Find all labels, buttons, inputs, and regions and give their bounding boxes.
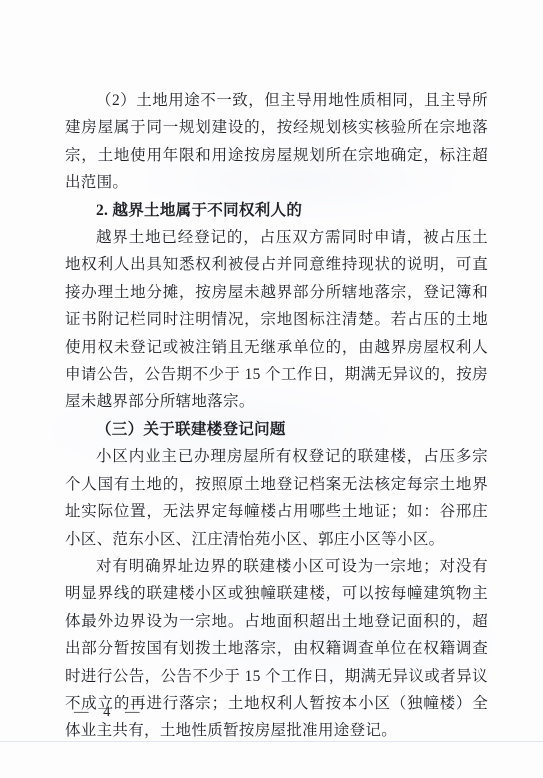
- section-heading-overboundary-land: 2. 越界土地属于不同权利人的: [65, 197, 488, 224]
- body-paragraph: （2）土地用途不一致，但主导用地性质相同，且主导所建房屋属于同一规划建设的，按经…: [65, 87, 488, 197]
- section-heading-joint-building-registration: （三）关于联建楼登记问题: [65, 416, 488, 443]
- body-paragraph: 越界土地已经登记的，占压双方需同时申请，被占压土地权利人出具知悉权利被侵占并同意…: [65, 224, 488, 416]
- document-body: （2）土地用途不一致，但主导用地性质相同，且主导所建房屋属于同一规划建设的，按经…: [65, 87, 488, 745]
- scan-bleedthrough-line: [0, 741, 543, 742]
- document-page: （2）土地用途不一致，但主导用地性质相同，且主导所建房屋属于同一规划建设的，按经…: [0, 0, 543, 778]
- body-paragraph: 小区内业主已办理房屋所有权登记的联建楼，占压多宗个人国有土地的，按照原土地登记档…: [65, 443, 488, 553]
- page-number: — 4 —: [74, 704, 141, 721]
